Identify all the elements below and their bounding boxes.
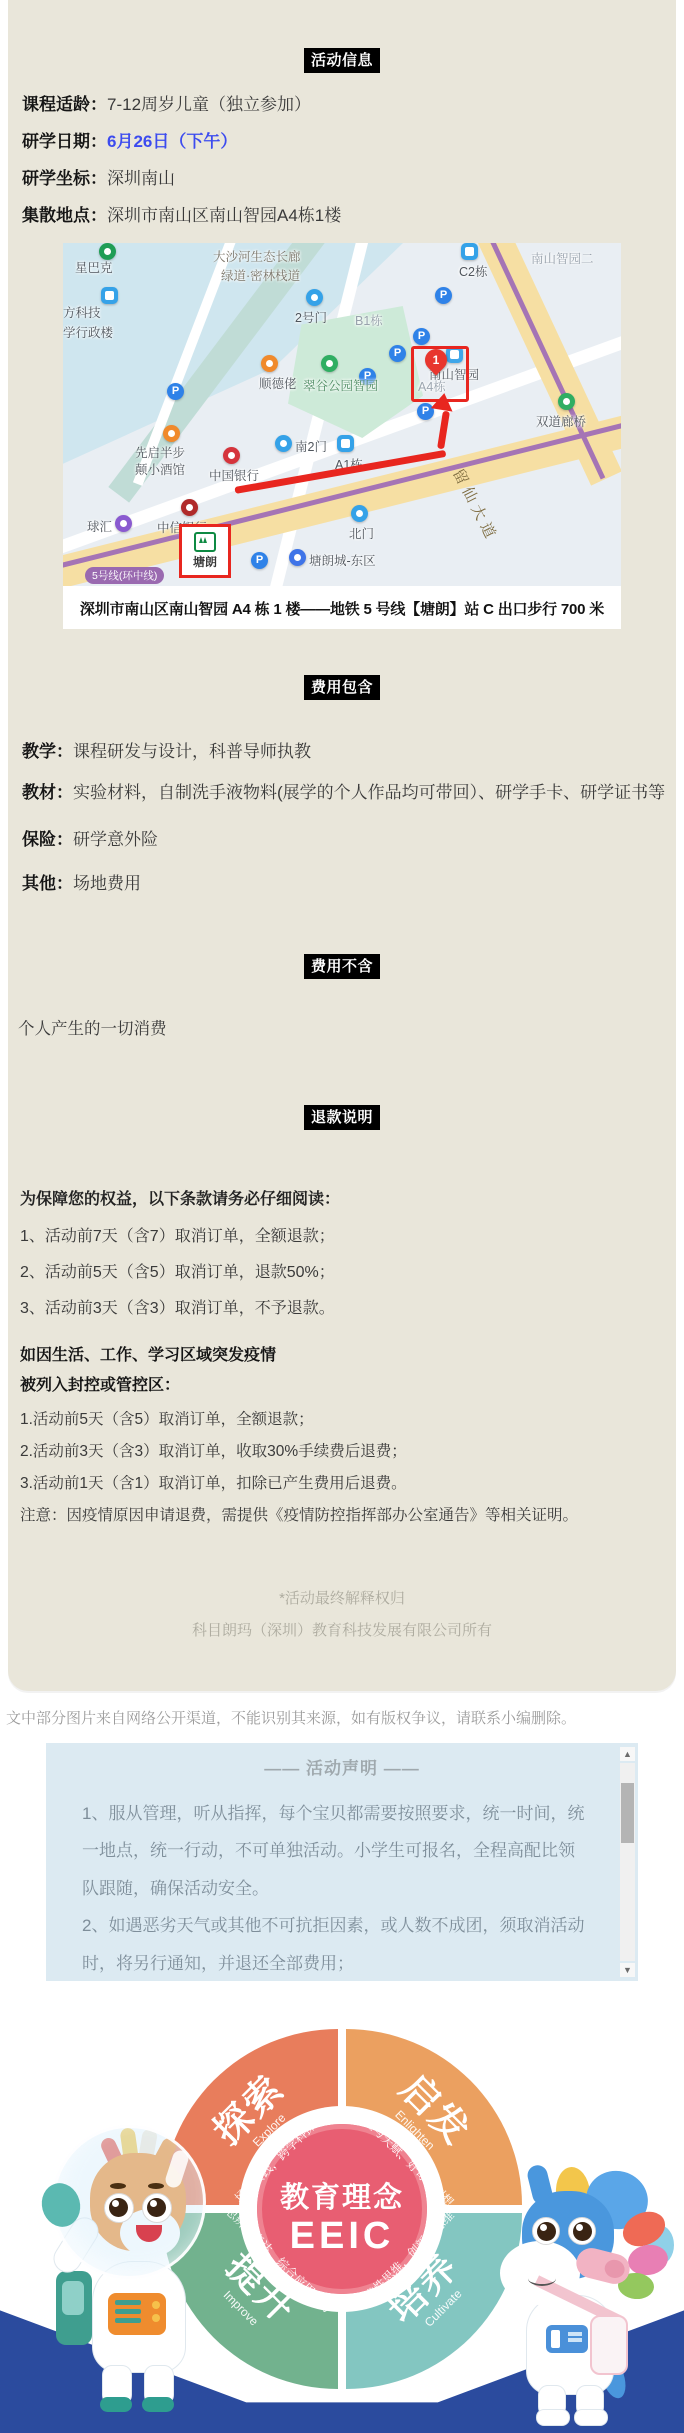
map-label-gate-north: 北门 <box>349 524 374 542</box>
statement-item-1: 1、服从管理，听从指挥，每个宝贝都需要按照要求，统一时间，统一地点，统一行动，不… <box>82 1795 590 1907</box>
park-tree-icon <box>558 393 575 410</box>
refund-badge: 退款说明 <box>304 1105 380 1130</box>
bank-icon <box>223 447 240 464</box>
field-meeting-point-value: 深圳市南山区南山智园A4栋1楼 <box>107 206 341 225</box>
covid-refund-item-3: 3.活动前1天（含1）取消订单，扣除已产生费用后退费。 <box>8 1471 676 1493</box>
building-marker-icon <box>337 435 354 452</box>
field-meeting-point-label: 集散地点： <box>22 206 107 225</box>
map-label-nanshanzhiyuan2: 南山智园二 <box>531 249 594 267</box>
gate-marker-icon <box>275 435 292 452</box>
mascot-elephant-illustration <box>494 2167 684 2425</box>
bank-icon <box>181 499 198 516</box>
map-label-starbucks: 星巴克 <box>75 258 113 276</box>
refund-note: 注意：因疫情原因申请退费，需提供《疫情防控指挥部办公室通告》等相关证明。 <box>8 1503 676 1525</box>
map-label-bar2: 颠小酒馆 <box>135 460 185 478</box>
mascot-pony-illustration <box>10 2123 210 2423</box>
metro-line5-label: 5号线(环中线) <box>85 567 164 584</box>
map-label-greenway2: 绿道·密林栈道 <box>221 266 300 284</box>
statement-item-2: 2、如遇恶劣天气或其他不可抗拒因素，或人数不成团，须取消活动时，将另行通知，并退… <box>82 1907 590 1981</box>
map-label-bridge: 双道廊桥 <box>536 412 586 430</box>
refund-item-3: 3、活动前3天（含3）取消订单，不予退款。 <box>8 1295 676 1318</box>
activity-info-fields: 课程适龄：7-12周岁儿童（独立参加） 研学日期：6月26日（下午） 研学坐标：… <box>8 95 676 226</box>
building-marker-icon <box>461 243 478 260</box>
field-location-value: 深圳南山 <box>107 169 175 188</box>
article-body-panel: 活动信息 课程适龄：7-12周岁儿童（独立参加） 研学日期：6月26日（下午） … <box>8 0 676 1691</box>
fee-excluded-item: 个人产生的一切消费 <box>8 1015 676 1039</box>
parking-icon: P <box>167 383 184 400</box>
statement-title: —— 活动声明 —— <box>46 1743 638 1779</box>
mascot-eye <box>532 2217 560 2245</box>
map-label-tanglang-city: 塘朗城-东区 <box>309 551 376 569</box>
mascot-shoe <box>142 2397 174 2412</box>
map-label-qiuhui: 球汇 <box>87 517 112 535</box>
parking-icon: P <box>413 328 430 345</box>
field-location: 研学坐标：深圳南山 <box>8 169 676 189</box>
image-source-disclaimer: 文中部分图片来自网络公开渠道，不能识别其来源，如有版权争议，请联系小编删除。 <box>6 1707 684 1728</box>
map-label-park: 翠谷公园智园 <box>303 376 378 394</box>
location-map-image: 星巴克 大沙河生态长廊 绿道·密林栈道 C2栋 南山智园二 方科技 学行政楼 2… <box>63 243 621 586</box>
map-label-b1: B1栋 <box>355 311 383 329</box>
fee-excluded-badge: 费用不含 <box>304 954 380 979</box>
activity-statement-box: —— 活动声明 —— 1、服从管理，听从指挥，每个宝贝都需要按照要求，统一时间，… <box>46 1743 638 1981</box>
field-location-label: 研学坐标： <box>22 169 107 188</box>
activity-info-badge: 活动信息 <box>304 48 380 73</box>
mascot-backpack <box>56 2271 92 2345</box>
field-date: 研学日期：6月26日（下午） <box>8 132 676 152</box>
fee-insurance-value: 研学意外险 <box>73 830 158 849</box>
mascot-smile <box>528 2271 556 2286</box>
statement-body: 1、服从管理，听从指挥，每个宝贝都需要按照要求，统一时间，统一地点，统一行动，不… <box>46 1779 638 1981</box>
mascot-foot <box>574 2409 608 2426</box>
field-age-label: 课程适龄： <box>22 95 107 114</box>
restaurant-icon <box>261 355 278 372</box>
metro-icon <box>194 532 216 552</box>
map-caption: 深圳市南山区南山智园 A4 栋 1 楼——地铁 5 号线【塘朗】站 C 出口步行… <box>63 586 621 629</box>
gate-marker-icon <box>306 289 323 306</box>
mascot-brow <box>148 2183 164 2189</box>
mascot-trunk <box>573 2245 633 2287</box>
refund-items: 1、活动前7天（含7）取消订单，全额退款； 2、活动前5天（含5）取消订单，退款… <box>8 1223 676 1318</box>
fee-materials-label: 教材： <box>22 783 73 802</box>
refund-item-2: 2、活动前5天（含5）取消订单，退款50%； <box>8 1259 676 1282</box>
mascot-eye <box>104 2193 134 2223</box>
mascot-chest-panel <box>108 2293 166 2335</box>
map-label-boc: 中国银行 <box>209 466 259 484</box>
fee-teaching-value: 课程研发与设计，科普导师执教 <box>73 742 311 761</box>
field-meeting-point: 集散地点：深圳市南山区南山智园A4栋1楼 <box>8 206 676 226</box>
fee-teaching-label: 教学： <box>22 742 73 761</box>
fee-other-value: 场地费用 <box>73 874 141 893</box>
covid-heading-line2: 被列入封控或管控区： <box>8 1372 676 1395</box>
route-arrow-head <box>431 391 455 411</box>
fee-materials: 教材：实验材料，自制洗手液物料(展学的个人作品均可带回）、研学手卡、研学证书等 <box>8 783 676 803</box>
mascot-brow <box>110 2183 126 2189</box>
map-label-sustech2: 学行政楼 <box>63 323 113 341</box>
mascot-foot <box>536 2409 570 2426</box>
hub-title-cn: 教育理念 <box>280 2175 404 2216</box>
park-tree-icon <box>321 355 338 372</box>
map-label-c2: C2栋 <box>459 262 487 280</box>
interpretation-note-line2: 科目朗玛（深圳）教育科技发展有限公司所有 <box>8 1615 676 1647</box>
mall-icon <box>115 515 132 532</box>
building-marker-icon <box>101 287 118 304</box>
field-date-value: 6月26日（下午） <box>107 132 237 151</box>
map-label-gate2: 2号门 <box>295 308 327 326</box>
map-card: 星巴克 大沙河生态长廊 绿道·密林栈道 C2栋 南山智园二 方科技 学行政楼 2… <box>63 243 621 629</box>
field-age: 课程适龄：7-12周岁儿童（独立参加） <box>8 95 676 115</box>
map-label-greenway: 大沙河生态长廊 <box>213 247 301 265</box>
fee-insurance: 保险：研学意外险 <box>8 830 676 850</box>
gate-marker-icon <box>351 505 368 522</box>
fee-materials-value: 实验材料，自制洗手液物料(展学的个人作品均可带回）、研学手卡、研学证书等 <box>73 783 665 802</box>
mascot-eye <box>568 2217 596 2245</box>
interpretation-note-line1: *活动最终解释权归 <box>8 1583 676 1615</box>
field-date-label: 研学日期： <box>22 132 107 151</box>
mascot-shoe <box>100 2397 132 2412</box>
hub-title-en: EEIC <box>290 2216 395 2258</box>
scroll-up-icon[interactable] <box>620 1747 635 1761</box>
eeic-philosophy-diagram: 场景实践，跨学科探究 个性与天赋、好奇与创想 思辨与表达、综合应用能力 前瞻性思… <box>0 1995 684 2433</box>
building-marker-icon <box>289 549 306 566</box>
map-label-bar1: 先启半步 <box>135 443 185 461</box>
mascot-bag <box>590 2315 628 2375</box>
destination-pin-number: 1 <box>425 349 447 371</box>
covid-refund-item-1: 1.活动前5天（含5）取消订单，全额退款； <box>8 1407 676 1429</box>
fee-teaching: 教学：课程研发与设计，科普导师执教 <box>8 742 676 762</box>
eeic-wheel: 场景实践，跨学科探究 个性与天赋、好奇与创想 思辨与表达、综合应用能力 前瞻性思… <box>162 2029 522 2389</box>
mascot-eye <box>142 2193 172 2223</box>
parking-icon: P <box>251 552 268 569</box>
covid-refund-item-2: 2.活动前3天（含3）取消订单，收取30%手续费后退费； <box>8 1439 676 1461</box>
map-label-shundelao: 顺德佬 <box>259 374 297 392</box>
route-arrow <box>437 411 450 450</box>
covid-refund-items: 1.活动前5天（含5）取消订单，全额退款； 2.活动前3天（含3）取消订单，收取… <box>8 1407 676 1493</box>
parking-icon: P <box>389 345 406 362</box>
parking-icon: P <box>435 287 452 304</box>
mascot-chest-gadget <box>546 2325 588 2353</box>
refund-intro: 为保障您的权益，以下条款请务必仔细阅读： <box>8 1186 676 1209</box>
fee-other: 其他：场地费用 <box>8 874 676 894</box>
scrollbar-thumb[interactable] <box>621 1783 634 1843</box>
statement-scrollbar[interactable] <box>620 1747 635 1977</box>
map-label-sustech: 方科技 <box>63 303 101 321</box>
refund-item-1: 1、活动前7天（含7）取消订单，全额退款； <box>8 1223 676 1246</box>
map-label-gate-s2: 南2门 <box>295 437 327 455</box>
fee-other-label: 其他： <box>22 874 73 893</box>
metro-station-highlight-box: 塘朗 <box>179 524 231 578</box>
field-age-value: 7-12周岁儿童（独立参加） <box>107 95 311 114</box>
map-label-tanglang: 塘朗 <box>193 553 217 570</box>
fee-insurance-label: 保险： <box>22 830 73 849</box>
fee-included-badge: 费用包含 <box>304 675 380 700</box>
restaurant-icon <box>163 425 180 442</box>
interpretation-note: *活动最终解释权归 科目朗玛（深圳）教育科技发展有限公司所有 <box>8 1583 676 1691</box>
fee-included-fields: 教学：课程研发与设计，科普导师执教 教材：实验材料，自制洗手液物料(展学的个人作… <box>8 742 676 894</box>
covid-heading-line1: 如因生活、工作、学习区域突发疫情 <box>8 1342 676 1365</box>
scroll-down-icon[interactable] <box>620 1963 635 1977</box>
destination-pin-icon: 1 <box>420 344 451 375</box>
